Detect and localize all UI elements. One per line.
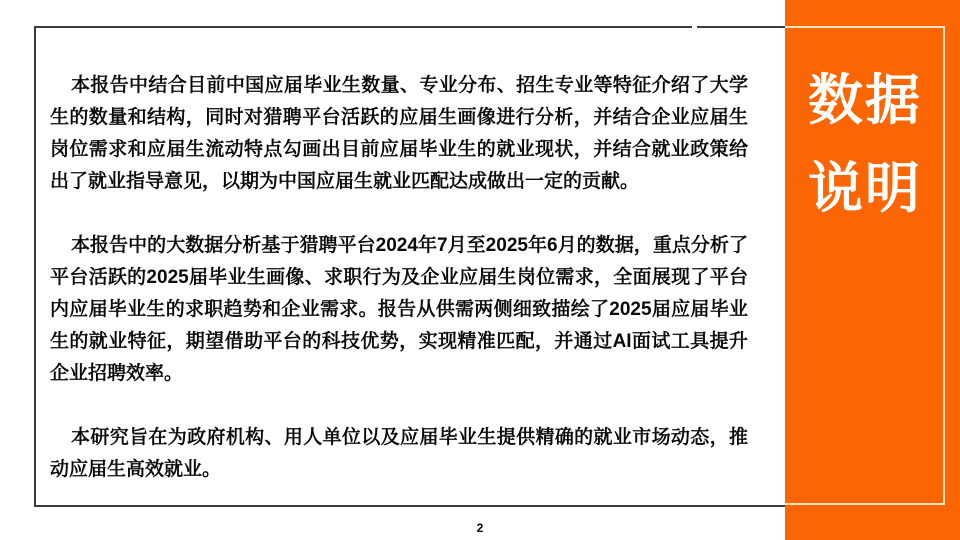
- paragraph-data-analysis: 本报告中的大数据分析基于猎聘平台2024年7月至2025年6月的数据，重点分析了…: [50, 230, 748, 390]
- top-border-gap: [692, 25, 697, 30]
- body-text: 本报告中结合目前中国应届毕业生数量、专业分布、招生专业等特征介绍了大学生的数量和…: [50, 70, 748, 486]
- side-panel-title-line-1: 数据: [785, 56, 945, 144]
- slide: 本报告中结合目前中国应届毕业生数量、专业分布、招生专业等特征介绍了大学生的数量和…: [0, 0, 960, 540]
- side-panel: 数据 说明: [785, 0, 960, 540]
- side-panel-title-line-2: 说明: [785, 144, 945, 232]
- paragraph-report-overview: 本报告中结合目前中国应届毕业生数量、专业分布、招生专业等特征介绍了大学生的数量和…: [50, 70, 748, 198]
- paragraph-research-goal: 本研究旨在为政府机构、用人单位以及应届毕业生提供精确的就业市场动态，推动应届生高…: [50, 422, 748, 486]
- side-panel-title: 数据 说明: [785, 56, 945, 232]
